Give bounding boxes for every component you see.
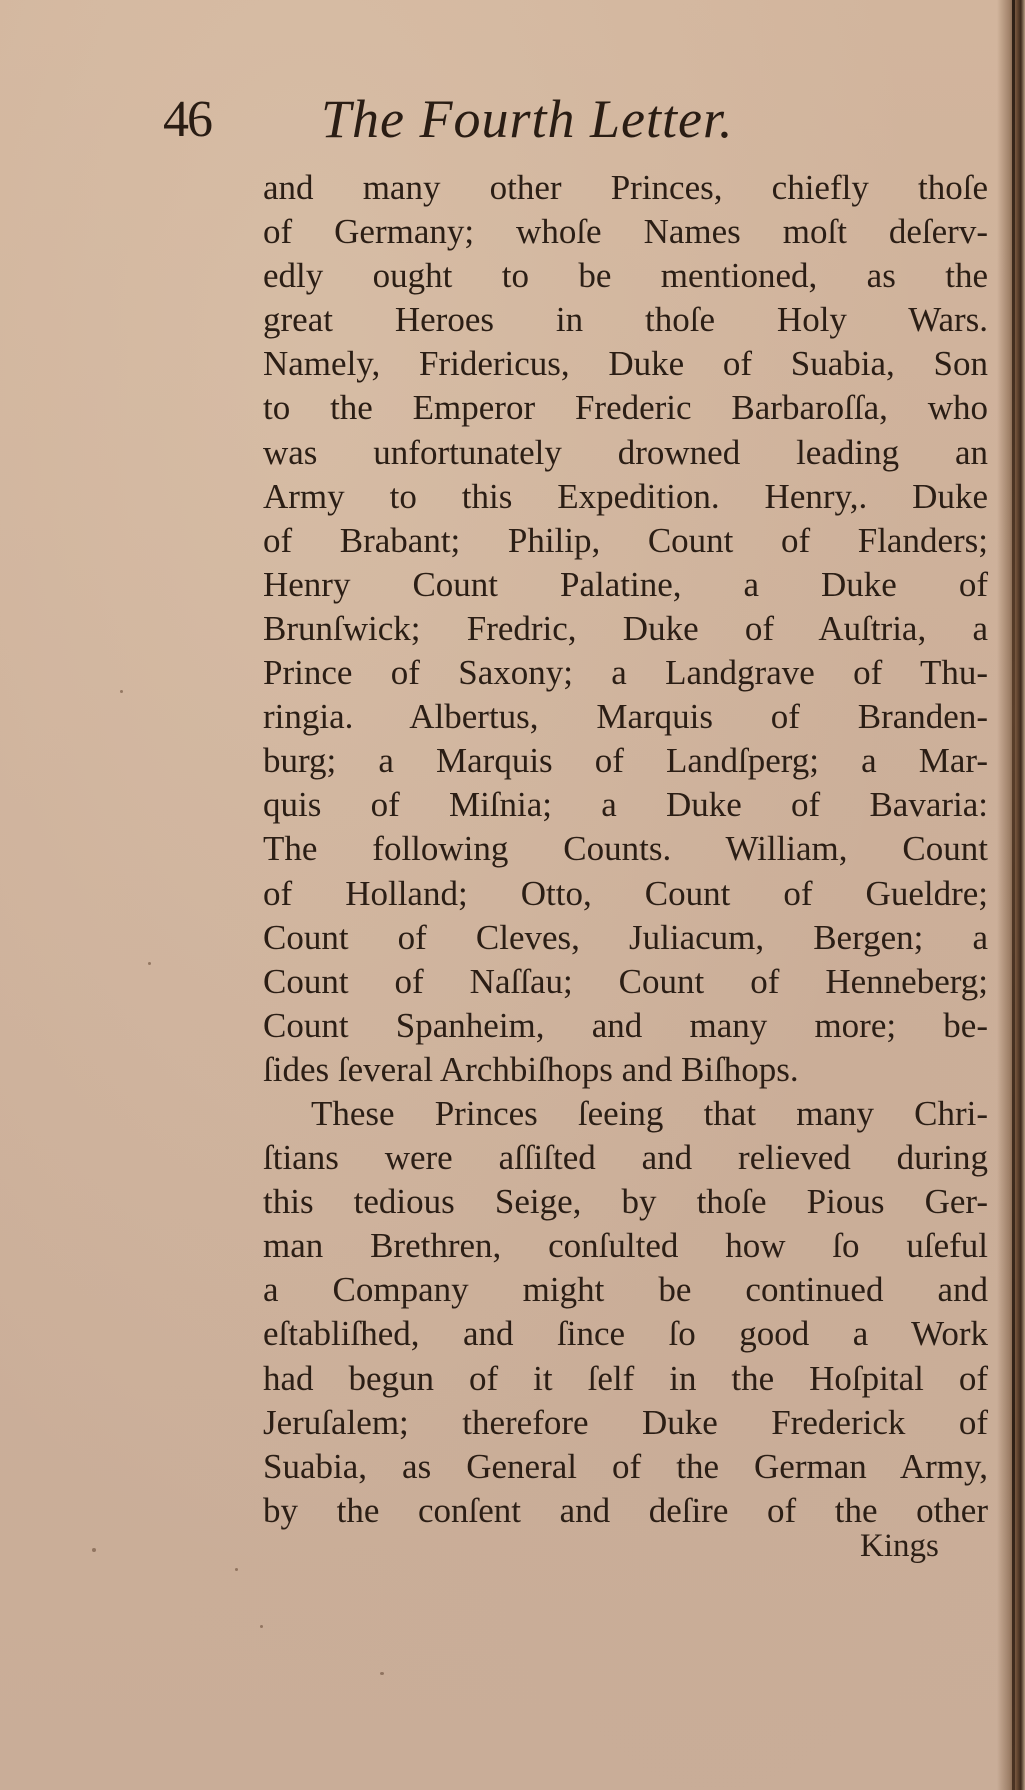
running-title: The Fourth Letter. bbox=[321, 88, 734, 150]
text-line: by the conſent and deſire of the other bbox=[263, 1489, 988, 1533]
text-line: and many other Princes, chiefly thoſe bbox=[263, 166, 988, 210]
text-line: of Germany; whoſe Names moſt deſerv- bbox=[263, 210, 988, 254]
paper-speck bbox=[120, 690, 123, 693]
text-line: ſtians were aſſiſted and relieved during bbox=[263, 1136, 988, 1180]
text-line: The following Counts. William, Count bbox=[263, 827, 988, 871]
text-line: great Heroes in thoſe Holy Wars. bbox=[263, 298, 988, 342]
text-line: ſides ſeveral Archbiſhops and Biſhops. bbox=[263, 1048, 988, 1092]
text-line: of Brabant; Philip, Count of Flanders; bbox=[263, 519, 988, 563]
page-edge-line bbox=[1012, 0, 1015, 1790]
text-line: Suabia, as General of the German Army, bbox=[263, 1445, 988, 1489]
text-line: Count of Cleves, Juliacum, Bergen; a bbox=[263, 916, 988, 960]
text-line: Jeruſalem; therefore Duke Frederick of bbox=[263, 1401, 988, 1445]
page-number: 46 bbox=[163, 90, 211, 149]
book-page: 46 The Fourth Letter. and many other Pri… bbox=[0, 0, 1025, 1790]
text-line: Prince of Saxony; a Landgrave of Thu- bbox=[263, 651, 988, 695]
text-line: had begun of it ſelf in the Hoſpital of bbox=[263, 1357, 988, 1401]
text-line: a Company might be continued and bbox=[263, 1268, 988, 1312]
catchword: Kings bbox=[860, 1528, 939, 1565]
text-line: Namely, Fridericus, Duke of Suabia, Son bbox=[263, 342, 988, 386]
text-line: Army to this Expedition. Henry,. Duke bbox=[263, 475, 988, 519]
page-header: 46 The Fourth Letter. bbox=[163, 80, 1003, 160]
text-line: edly ought to be mentioned, as the bbox=[263, 254, 988, 298]
paper-speck bbox=[260, 1625, 263, 1628]
paragraph-start-line: These Princes ſeeing that many Chri- bbox=[263, 1092, 988, 1136]
text-line: ringia. Albertus, Marquis of Branden- bbox=[263, 695, 988, 739]
text-line: quis of Miſnia; a Duke of Bavaria: bbox=[263, 783, 988, 827]
text-line: eſtabliſhed, and ſince ſo good a Work bbox=[263, 1312, 988, 1356]
text-line: Brunſwick; Fredric, Duke of Auſtria, a bbox=[263, 607, 988, 651]
text-line: Henry Count Palatine, a Duke of bbox=[263, 563, 988, 607]
text-line: man Brethren, conſulted how ſo uſeful bbox=[263, 1224, 988, 1268]
paper-speck bbox=[235, 1568, 238, 1571]
paper-speck bbox=[148, 962, 151, 965]
text-line: Count of Naſſau; Count of Henneberg; bbox=[263, 960, 988, 1004]
text-line: burg; a Marquis of Landſperg; a Mar- bbox=[263, 739, 988, 783]
paper-speck bbox=[380, 1672, 384, 1675]
text-line: Count Spanheim, and many more; be- bbox=[263, 1004, 988, 1048]
text-line: was unfortunately drowned leading an bbox=[263, 431, 988, 475]
page-edge-shadow bbox=[997, 0, 1025, 1790]
text-line: of Holland; Otto, Count of Gueldre; bbox=[263, 872, 988, 916]
paper-speck bbox=[92, 1548, 96, 1552]
text-line: this tedious Seige, by thoſe Pious Ger- bbox=[263, 1180, 988, 1224]
body-text: and many other Princes, chiefly thoſe of… bbox=[263, 166, 988, 1533]
text-line: to the Emperor Frederic Barbaroſſa, who bbox=[263, 386, 988, 430]
